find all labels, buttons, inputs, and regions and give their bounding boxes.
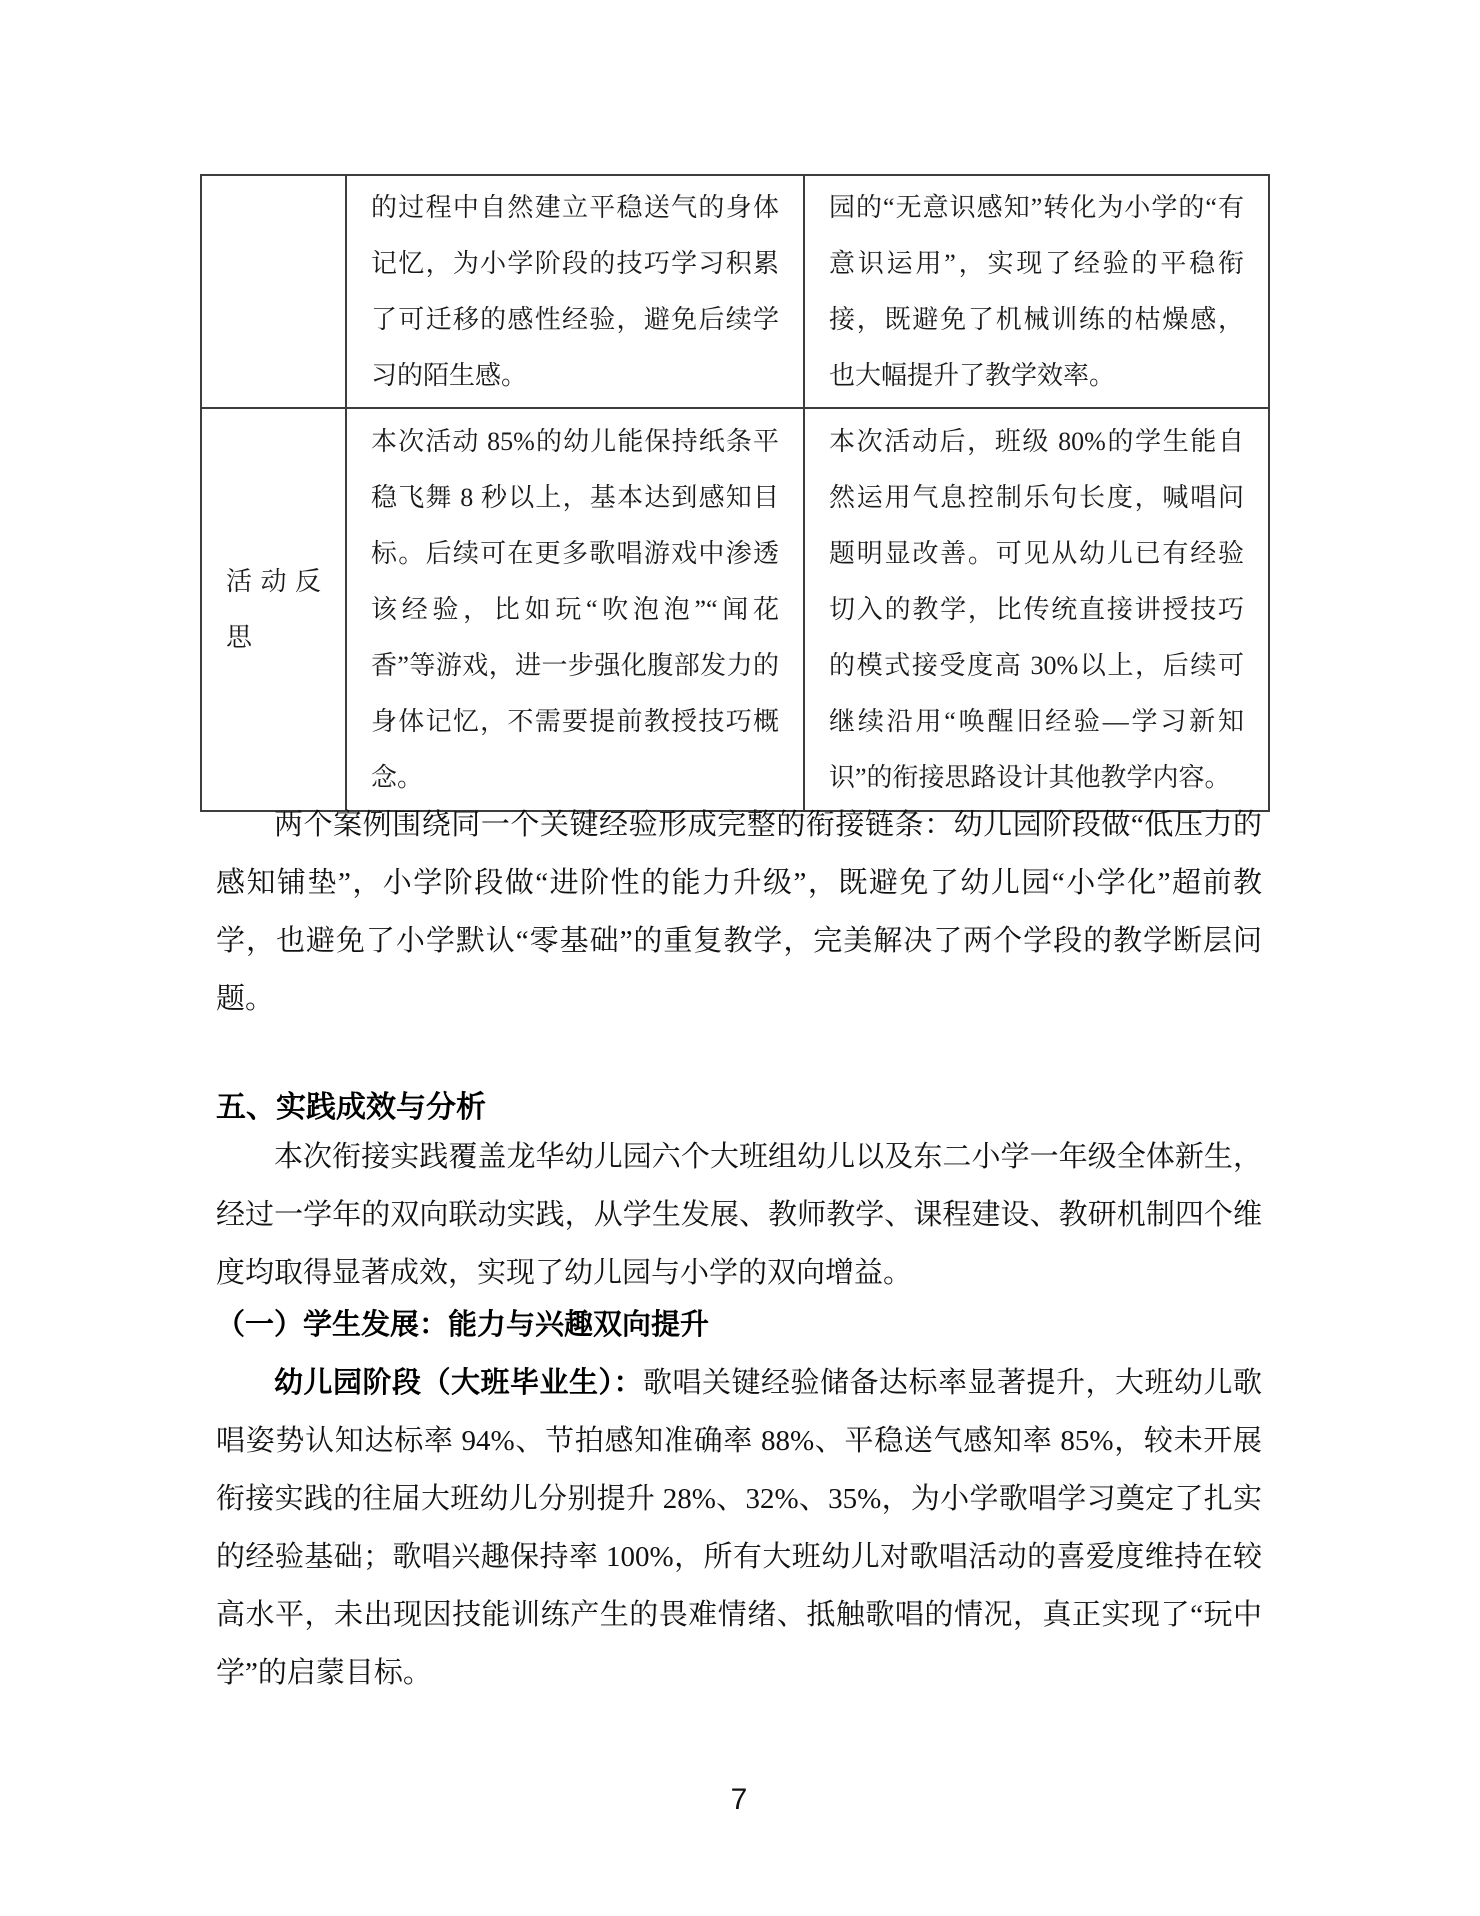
table-row-reflection: 活动反思 本次活动 85%的幼儿能保持纸条平稳飞舞 8 秒以上，基本达到感知目标…	[201, 408, 1269, 811]
paragraph-body-text: 歌唱关键经验储备达标率显著提升，大班幼儿歌唱姿势认知达标率 94%、节拍感知准确…	[216, 1367, 1262, 1689]
cell-primary-continuation: 园的“无意识感知”转化为小学的“有意识运用”，实现了经验的平稳衔接，既避免了机械…	[804, 175, 1269, 408]
page-number: 7	[216, 1778, 1262, 1822]
cell-kindergarten-reflection: 本次活动 85%的幼儿能保持纸条平稳飞舞 8 秒以上，基本达到感知目标。后续可在…	[346, 408, 804, 811]
paragraph-section5-intro: 本次衔接实践覆盖龙华幼儿园六个大班组幼儿以及东二小学一年级全体新生，经过一学年的…	[216, 1128, 1262, 1302]
row-label-activity-reflection: 活动反思	[201, 408, 346, 811]
paragraph-case-summary: 两个案例围绕同一个关键经验形成完整的衔接链条：幼儿园阶段做“低压力的感知铺垫”，…	[216, 796, 1262, 1028]
table-row-continuation: 的过程中自然建立平稳送气的身体记忆，为小学阶段的技巧学习积累了可迁移的感性经验，…	[201, 175, 1269, 408]
reflection-table: 的过程中自然建立平稳送气的身体记忆，为小学阶段的技巧学习积累了可迁移的感性经验，…	[200, 174, 1270, 812]
section-heading-5: 五、实践成效与分析	[216, 1088, 1262, 1128]
document-page: 的过程中自然建立平稳送气的身体记忆，为小学阶段的技巧学习积累了可迁移的感性经验，…	[0, 0, 1480, 1916]
row-label-cell-empty	[201, 175, 346, 408]
cell-kindergarten-continuation: 的过程中自然建立平稳送气的身体记忆，为小学阶段的技巧学习积累了可迁移的感性经验，…	[346, 175, 804, 408]
cell-primary-reflection: 本次活动后，班级 80%的学生能自然运用气息控制乐句长度，喊唱问题明显改善。可见…	[804, 408, 1269, 811]
subsection-heading-1: （一）学生发展：能力与兴趣双向提升	[216, 1296, 1262, 1354]
paragraph-lead-bold: 幼儿园阶段（大班毕业生）：	[274, 1367, 643, 1399]
paragraph-kindergarten-results: 幼儿园阶段（大班毕业生）：歌唱关键经验储备达标率显著提升，大班幼儿歌唱姿势认知达…	[216, 1354, 1262, 1702]
